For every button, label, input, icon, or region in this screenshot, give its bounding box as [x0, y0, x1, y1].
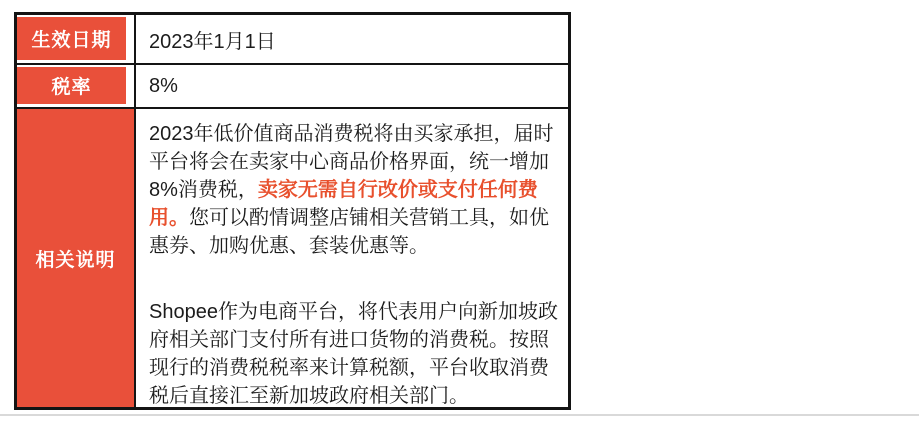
tax-rate-label-fill: 税率: [17, 67, 126, 104]
effective-date-value: 2023年1月1日: [149, 25, 276, 54]
notes-label: 相关说明: [35, 245, 115, 272]
tax-rate-label-cell: 税率: [17, 65, 136, 109]
effective-date-label: 生效日期: [31, 25, 111, 52]
page-divider-line: [0, 414, 919, 416]
notes-paragraph-1-after: 您可以酌情调整店铺相关营销工具，如优惠券、加购优惠、套装优惠等。: [149, 207, 549, 257]
effective-date-label-cell: 生效日期: [17, 15, 136, 65]
effective-date-label-fill: 生效日期: [17, 17, 126, 60]
notes-content-cell: 2023年低价值商品消费税将由买家承担，届时平台将会在卖家中心商品价格界面，统一…: [136, 109, 568, 407]
document-page: 生效日期 2023年1月1日 税率 8% 相关说明 2023年低价值商品消费税将…: [0, 0, 919, 427]
effective-date-value-cell: 2023年1月1日: [136, 15, 568, 65]
tax-info-table: 生效日期 2023年1月1日 税率 8% 相关说明 2023年低价值商品消费税将…: [14, 12, 571, 410]
tax-rate-value: 8%: [149, 75, 178, 98]
notes-paragraph-1: 2023年低价值商品消费税将由买家承担，届时平台将会在卖家中心商品价格界面，统一…: [149, 120, 558, 260]
tax-rate-label: 税率: [51, 72, 91, 99]
notes-label-fill: 相关说明: [17, 109, 134, 407]
tax-rate-value-cell: 8%: [136, 65, 568, 109]
notes-paragraph-2: Shopee作为电商平台，将代表用户向新加坡政府相关部门支付所有进口货物的消费税…: [149, 298, 558, 407]
notes-label-cell: 相关说明: [17, 109, 136, 407]
